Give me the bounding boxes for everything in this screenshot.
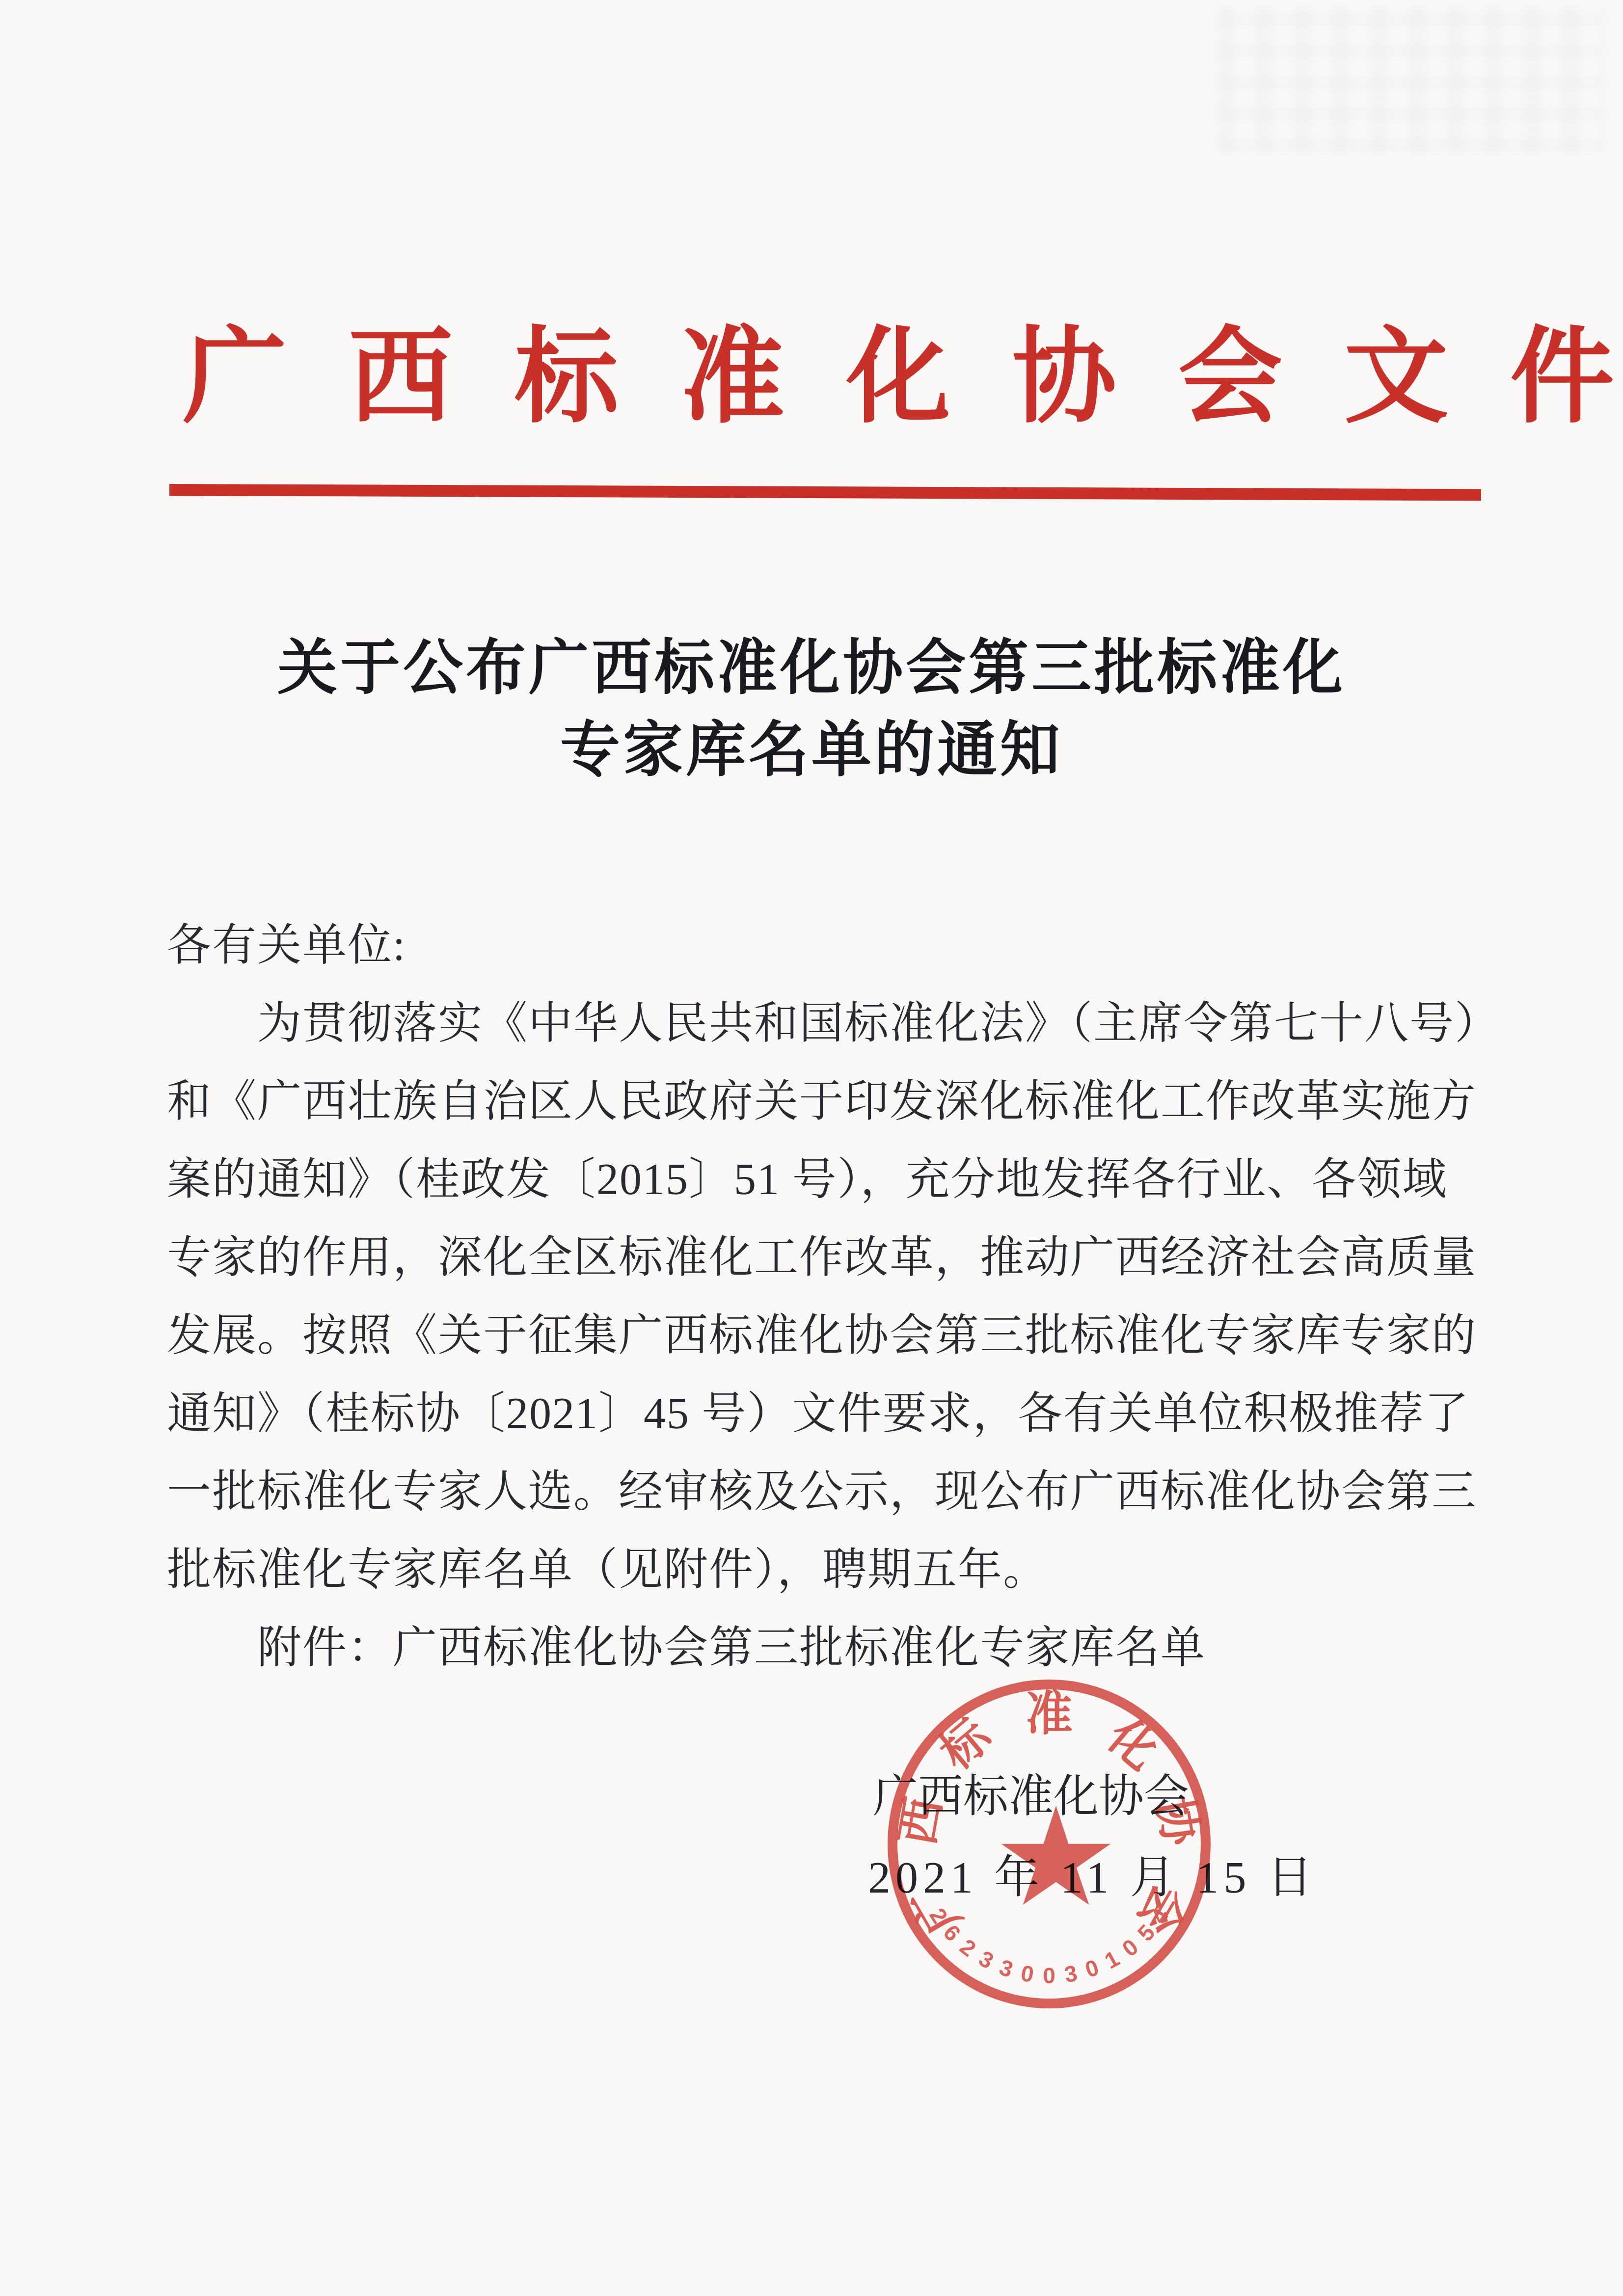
scanned-document-page: 广西标准化协会文件 关于公布广西标准化协会第三批标准化 专家库名单的通知 各有关… (0, 0, 1623, 2296)
red-divider-line (169, 484, 1481, 501)
document-header: 广西标准化协会文件 (183, 326, 1623, 430)
document-title-line1: 关于公布广西标准化协会第三批标准化 (0, 639, 1623, 698)
scan-bleedthrough-artifact (1217, 5, 1605, 152)
body-line: 一批标准化专家人选。经审核及公示，现公布广西标准化协会第三 (167, 1470, 1477, 1514)
body-line: 和《广西壮族自治区人民政府关于印发深化标准化工作改革实施方 (167, 1080, 1477, 1124)
body-line: 发展。按照《关于征集广西标准化协会第三批标准化专家库专家的 (167, 1314, 1477, 1358)
attachment-line: 附件：广西标准化协会第三批标准化专家库名单 (167, 1626, 1206, 1670)
salutation: 各有关单位: (167, 924, 406, 968)
document-title-line2: 专家库名单的通知 (0, 721, 1623, 780)
official-seal: 广西标准化协会 4501030033262 (888, 1680, 1211, 2008)
body-line: 通知》（桂标协〔2021〕45 号）文件要求，各有关单位积极推荐了 (167, 1392, 1470, 1436)
body-line: 案的通知》（桂政发〔2015〕51 号），充分地发挥各行业、各领域 (167, 1158, 1448, 1202)
body-line: 专家的作用，深化全区标准化工作改革，推动广西经济社会高质量 (167, 1236, 1477, 1280)
body-line: 为贯彻落实《中华人民共和国标准化法》（主席令第七十八号） (167, 1002, 1500, 1046)
seal-star-icon (999, 1806, 1113, 1915)
body-line: 批标准化专家库名单（见附件），聘期五年。 (167, 1548, 1048, 1592)
